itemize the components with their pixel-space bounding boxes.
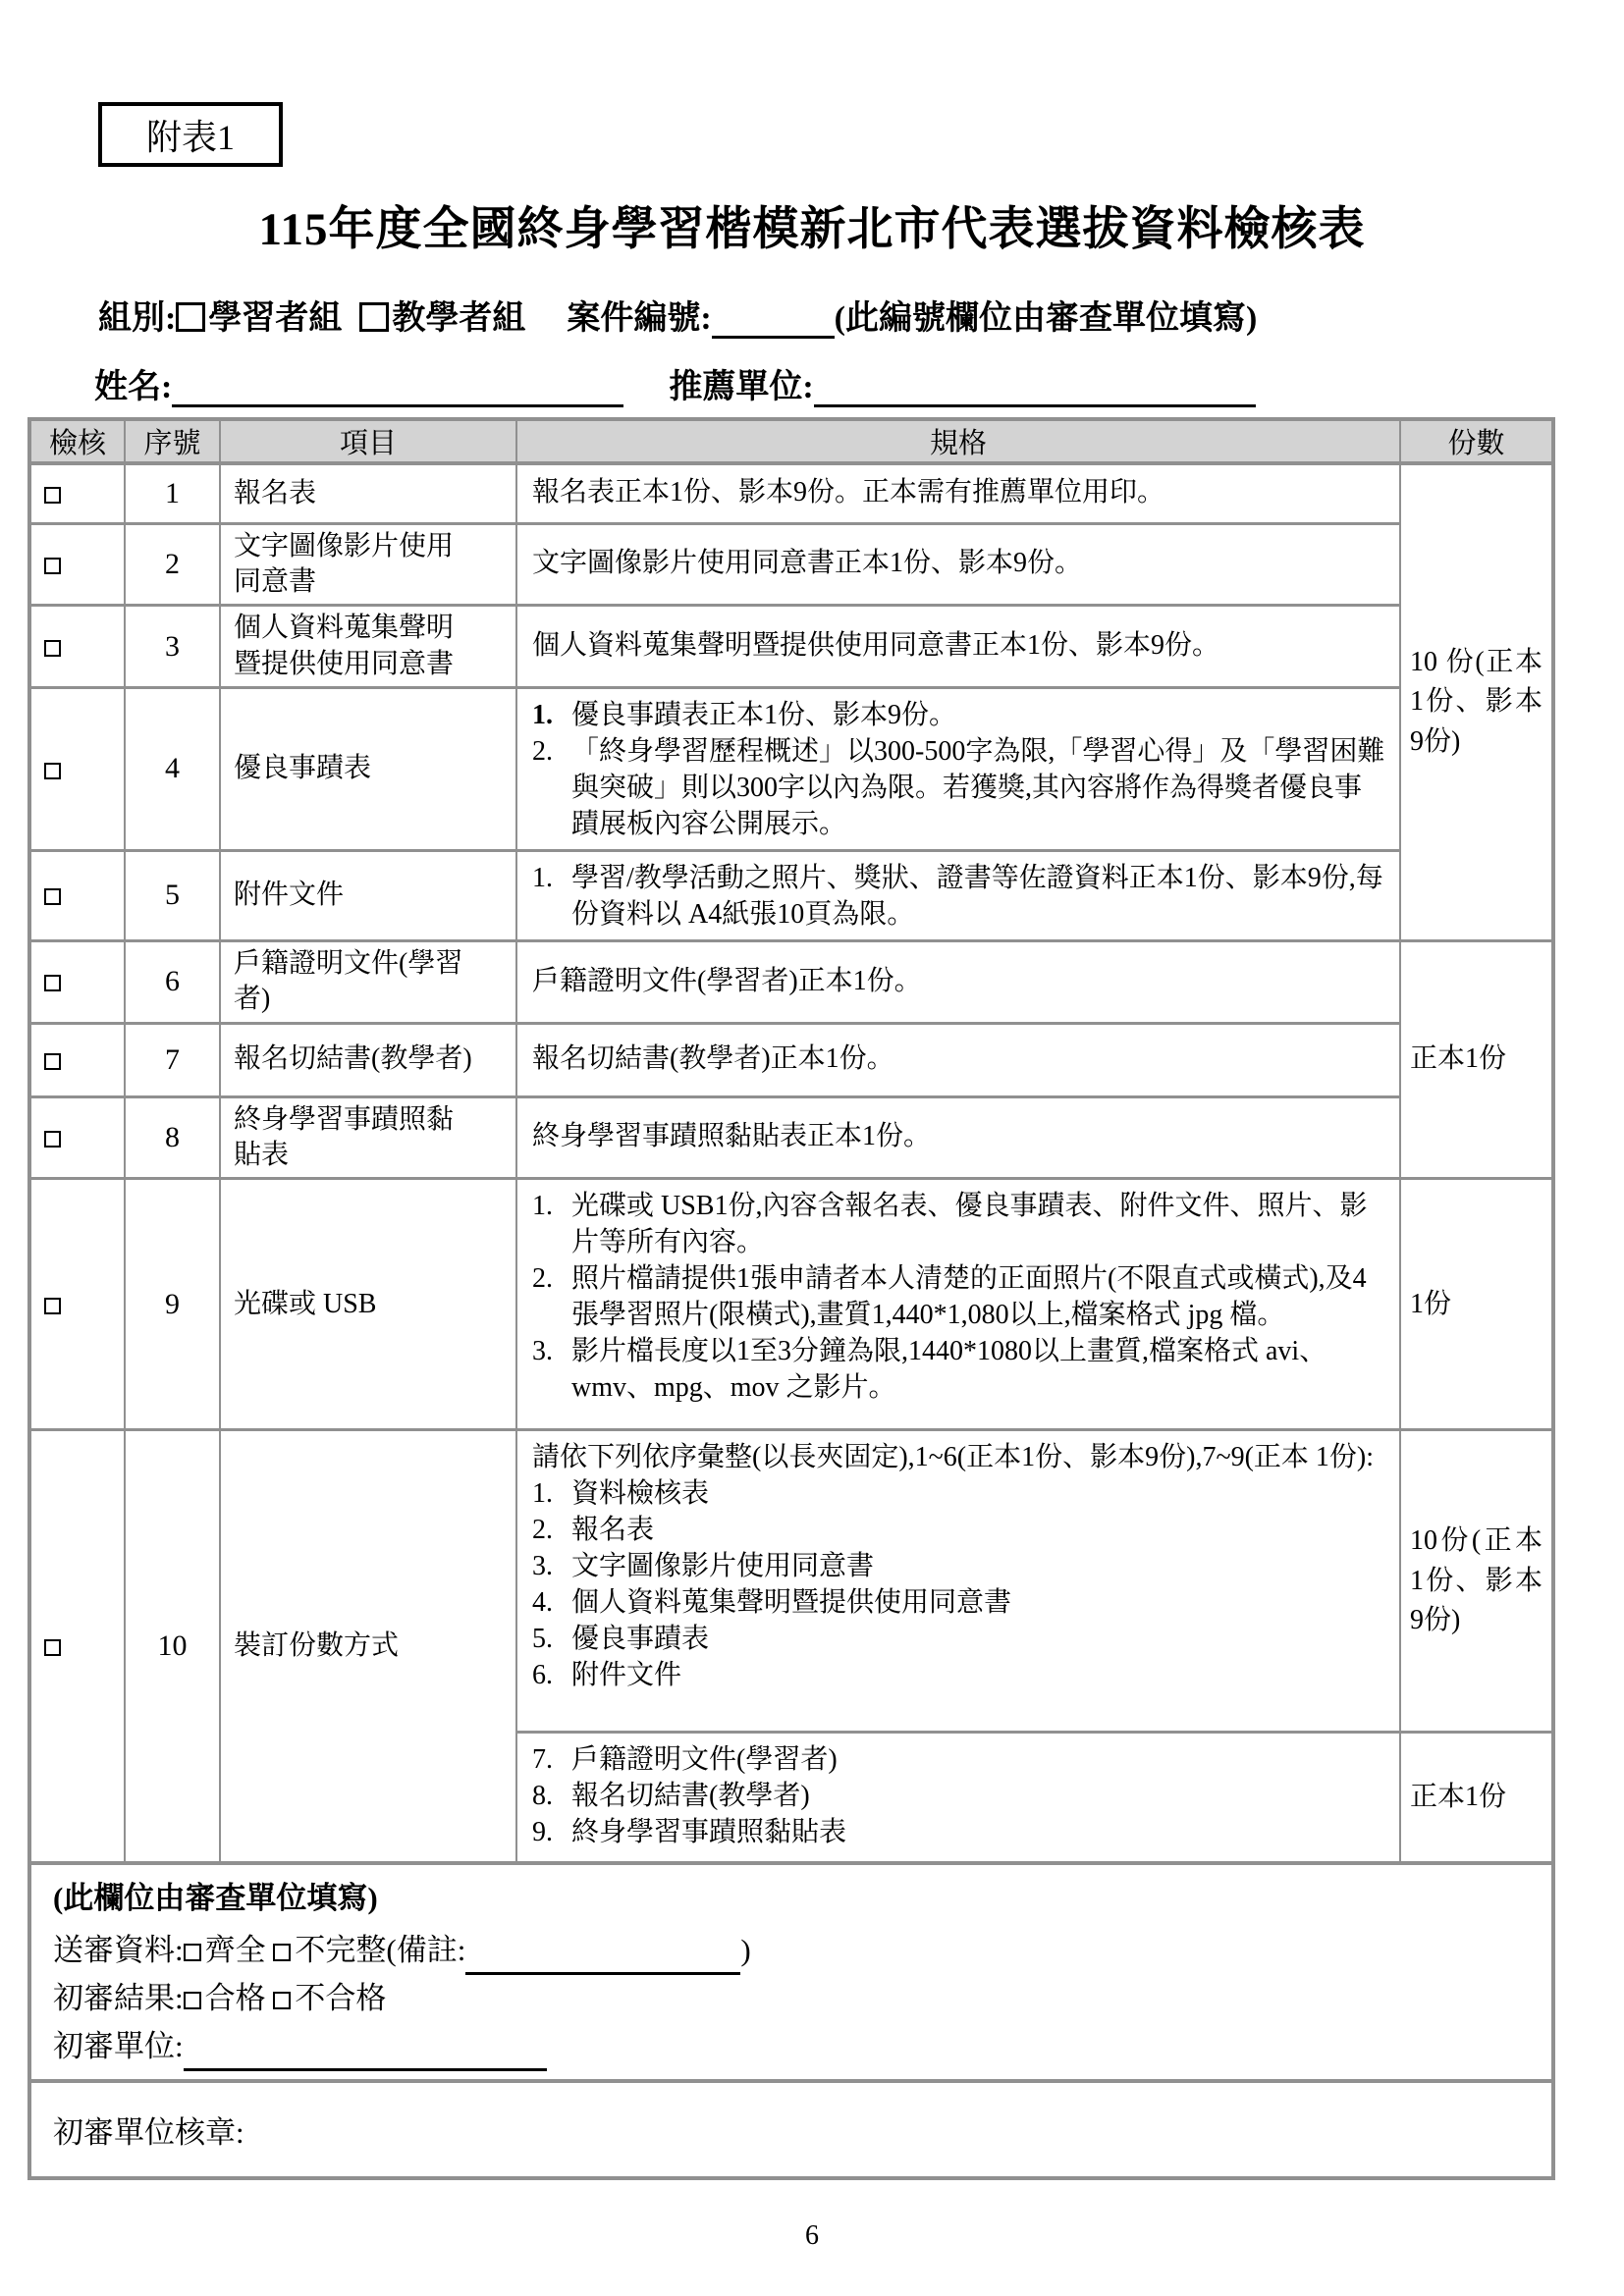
col-header-check: 檢核 — [29, 419, 125, 463]
spec-list-item: 6. 附件文件 — [532, 1658, 1387, 1694]
spec-list-item: 9. 終身學習事蹟照黏貼表 — [532, 1815, 1387, 1851]
list-text: 資料檢核表 — [571, 1476, 1387, 1513]
list-marker: 2. — [532, 1513, 571, 1549]
group-learner-checkbox[interactable] — [176, 302, 205, 332]
materials-incomplete-checkbox[interactable] — [273, 1944, 291, 1961]
name-label: 姓名: — [94, 369, 172, 405]
col-header-copies: 份數 — [1400, 419, 1553, 463]
row-9-seq: 9 — [125, 1179, 220, 1430]
review-section-title: (此欄位由審查單位填寫) — [53, 1875, 1532, 1923]
row-10-spec-top: 請依下列依序彙整(以長夾固定),1~6(正本1份、影本9份),7~9(正本 1份… — [516, 1430, 1400, 1733]
spec-list-item: 2. 報名表 — [532, 1513, 1387, 1549]
row-10-spec-bottom: 7. 戶籍證明文件(學習者) 8. 報名切結書(教學者) 9. 終身學習事蹟照黏… — [516, 1733, 1400, 1863]
table-row: 9 光碟或 USB 1. 光碟或 USB1份,內容含報名表、優良事蹟表、附件文件… — [29, 1179, 1553, 1430]
group-option-teacher-label: 教學者組 — [392, 300, 525, 337]
row-8-item: 終身學習事蹟照黏貼表 — [220, 1096, 516, 1179]
spec-list-item: 2. 「終身學習歷程概述」以300-500字為限,「學習心得」及「學習困難與突破… — [532, 734, 1387, 843]
group-option-learner-label: 學習者組 — [208, 300, 342, 337]
review-section: (此欄位由審查單位填寫) 送審資料:齊全 不完整(備註:) 初審結果:合格 不合… — [29, 1863, 1553, 2081]
recommender-field[interactable] — [814, 370, 1256, 407]
note-field[interactable] — [465, 1942, 740, 1975]
spec-list-item: 1. 資料檢核表 — [532, 1476, 1387, 1513]
appendix-label-box: 附表1 — [98, 102, 283, 167]
table-row: 7 報名切結書(教學者) 報名切結書(教學者)正本1份。 — [29, 1023, 1553, 1096]
name-field[interactable] — [172, 370, 623, 407]
spec-list-item: 2. 照片檔請提供1張申請者本人清楚的正面照片(不限直式或橫式),及4張學習照片… — [532, 1261, 1387, 1334]
document-page: 附表1 115年度全國終身學習楷模新北市代表選拔資料檢核表 組別:學習者組教學者… — [0, 0, 1624, 2296]
row-3-checkbox[interactable] — [44, 640, 61, 657]
case-number-note: (此編號欄位由審查單位填寫) — [835, 300, 1258, 337]
review-unit-line: 初審單位: — [53, 2023, 1532, 2071]
table-row: 4 優良事蹟表 1. 優良事蹟表正本1份、影本9份。 2. 「終身學習歷程概述」… — [29, 688, 1553, 851]
list-text: 戶籍證明文件(學習者) — [571, 1742, 1387, 1779]
materials-complete-checkbox[interactable] — [184, 1944, 201, 1961]
row-6-checkbox[interactable] — [44, 975, 61, 991]
list-text: 優良事蹟表 — [571, 1622, 1387, 1658]
note-suffix: ) — [740, 1933, 750, 1967]
row-5-item: 附件文件 — [220, 850, 516, 940]
table-row: 10 裝訂份數方式 請依下列依序彙整(以長夾固定),1~6(正本1份、影本9份)… — [29, 1430, 1553, 1733]
list-marker: 9. — [532, 1815, 571, 1851]
review-section-row: (此欄位由審查單位填寫) 送審資料:齊全 不完整(備註:) 初審結果:合格 不合… — [29, 1863, 1553, 2081]
row-2-item: 文字圖像影片使用同意書 — [220, 523, 516, 606]
recommender-label: 推薦單位: — [669, 369, 813, 405]
row-9-item: 光碟或 USB — [220, 1179, 516, 1430]
name-line: 姓名:推薦單位: — [94, 359, 1547, 407]
row-1-checkbox[interactable] — [44, 487, 61, 504]
result-fail-checkbox[interactable] — [273, 1992, 291, 2009]
spec-list-item: 3. 影片檔長度以1至3分鐘為限,1440*1080以上畫質,檔案格式 avi、… — [532, 1334, 1387, 1407]
col-header-seq: 序號 — [125, 419, 220, 463]
table-row: 8 終身學習事蹟照黏貼表 終身學習事蹟照黏貼表正本1份。 — [29, 1096, 1553, 1179]
list-text: 光碟或 USB1份,內容含報名表、優良事蹟表、附件文件、照片、影片等所有內容。 — [571, 1189, 1387, 1261]
case-number-label: 案件編號: — [567, 300, 711, 337]
row-5-seq: 5 — [125, 850, 220, 940]
list-marker: 2. — [532, 734, 571, 843]
result-pass-checkbox[interactable] — [184, 1992, 201, 2009]
page-title: 115年度全國終身學習楷模新北市代表選拔資料檢核表 — [0, 192, 1624, 258]
case-number-field[interactable] — [712, 301, 835, 339]
result-pass-label: 合格 — [205, 1981, 266, 2015]
row-1-item: 報名表 — [220, 463, 516, 523]
header-row: 檢核 序號 項目 規格 份數 — [29, 419, 1553, 463]
list-marker: 1. — [532, 1476, 571, 1513]
row-4-item: 優良事蹟表 — [220, 688, 516, 851]
seal-row: 初審單位核章: — [29, 2081, 1553, 2178]
row-8-seq: 8 — [125, 1096, 220, 1179]
row-2-seq: 2 — [125, 523, 220, 606]
row-8-spec: 終身學習事蹟照黏貼表正本1份。 — [516, 1096, 1400, 1179]
spec-list-item: 3. 文字圖像影片使用同意書 — [532, 1549, 1387, 1585]
group-teacher-checkbox[interactable] — [359, 302, 389, 332]
col-header-item: 項目 — [220, 419, 516, 463]
col-header-spec: 規格 — [516, 419, 1400, 463]
list-marker: 3. — [532, 1549, 571, 1585]
result-fail-label: 不合格 — [295, 1981, 386, 2015]
spec-list-item: 1. 學習/教學活動之照片、獎狀、證書等佐證資料正本1份、影本9份,每份資料以 … — [532, 861, 1387, 934]
row-4-spec: 1. 優良事蹟表正本1份、影本9份。 2. 「終身學習歷程概述」以300-500… — [516, 688, 1400, 851]
list-marker: 1. — [532, 1189, 571, 1261]
appendix-label: 附表1 — [146, 110, 235, 160]
row-4-checkbox[interactable] — [44, 763, 61, 779]
list-marker: 5. — [532, 1622, 571, 1658]
row-5-checkbox[interactable] — [44, 888, 61, 905]
list-text: 優良事蹟表正本1份、影本9份。 — [571, 698, 1387, 734]
list-text: 影片檔長度以1至3分鐘為限,1440*1080以上畫質,檔案格式 avi、wmv… — [571, 1334, 1387, 1407]
list-text: 「終身學習歷程概述」以300-500字為限,「學習心得」及「學習困難與突破」則以… — [571, 734, 1387, 843]
row-9-checkbox[interactable] — [44, 1298, 61, 1314]
list-text: 終身學習事蹟照黏貼表 — [571, 1815, 1387, 1851]
row-3-spec: 個人資料蒐集聲明暨提供使用同意書正本1份、影本9份。 — [516, 606, 1400, 688]
list-text: 文字圖像影片使用同意書 — [571, 1549, 1387, 1585]
table-row: 3 個人資料蒐集聲明暨提供使用同意書 個人資料蒐集聲明暨提供使用同意書正本1份、… — [29, 606, 1553, 688]
list-text: 報名切結書(教學者) — [571, 1779, 1387, 1815]
spec-list-item: 1. 光碟或 USB1份,內容含報名表、優良事蹟表、附件文件、照片、影片等所有內… — [532, 1189, 1387, 1261]
copies-group-rows-1-5: 10 份(正本1份、影本9份) — [1400, 463, 1553, 940]
row-7-spec: 報名切結書(教學者)正本1份。 — [516, 1023, 1400, 1096]
group-selection-line: 組別:學習者組教學者組案件編號:(此編號欄位由審查單位填寫) — [98, 291, 1551, 339]
row-10-copies-top: 10份(正本1份、影本9份) — [1400, 1430, 1553, 1733]
group-label: 組別: — [98, 300, 176, 337]
table-row: 5 附件文件 1. 學習/教學活動之照片、獎狀、證書等佐證資料正本1份、影本9份… — [29, 850, 1553, 940]
row-7-seq: 7 — [125, 1023, 220, 1096]
review-result-line: 初審結果:合格 不合格 — [53, 1975, 1532, 2023]
list-marker: 4. — [532, 1585, 571, 1622]
row-10-item: 裝訂份數方式 — [220, 1430, 516, 1863]
list-text: 附件文件 — [571, 1658, 1387, 1694]
row-5-spec: 1. 學習/教學活動之照片、獎狀、證書等佐證資料正本1份、影本9份,每份資料以 … — [516, 850, 1400, 940]
row-3-item: 個人資料蒐集聲明暨提供使用同意書 — [220, 606, 516, 688]
list-marker: 7. — [532, 1742, 571, 1779]
row-6-item: 戶籍證明文件(學習者) — [220, 940, 516, 1023]
row-6-seq: 6 — [125, 940, 220, 1023]
review-unit-label: 初審單位: — [53, 2029, 184, 2063]
row-10-checkbox[interactable] — [44, 1639, 61, 1656]
spec-list-item: 1. 優良事蹟表正本1份、影本9份。 — [532, 698, 1387, 734]
list-marker: 1. — [532, 861, 571, 934]
result-label: 初審結果: — [53, 1981, 184, 2015]
row-2-checkbox[interactable] — [44, 558, 61, 574]
seal-cell: 初審單位核章: — [29, 2081, 1553, 2178]
copies-group-rows-6-8: 正本1份 — [1400, 940, 1553, 1179]
list-text: 報名表 — [571, 1513, 1387, 1549]
row-4-seq: 4 — [125, 688, 220, 851]
materials-complete-label: 齊全 — [205, 1933, 266, 1967]
row-10-copies-bottom: 正本1份 — [1400, 1733, 1553, 1863]
list-marker: 2. — [532, 1261, 571, 1334]
review-unit-field[interactable] — [184, 2038, 547, 2071]
seal-label: 初審單位核章: — [53, 2115, 244, 2150]
row-7-checkbox[interactable] — [44, 1053, 61, 1070]
row-8-checkbox[interactable] — [44, 1131, 61, 1148]
row-1-spec: 報名表正本1份、影本9份。正本需有推薦單位用印。 — [516, 463, 1400, 523]
checklist-table: 檢核 序號 項目 規格 份數 1 報名表 報名表正本1份、影本9份。正本需有推薦… — [27, 417, 1555, 2180]
list-marker: 3. — [532, 1334, 571, 1407]
row-9-copies: 1份 — [1400, 1179, 1553, 1430]
list-marker: 6. — [532, 1658, 571, 1694]
table-row: 1 報名表 報名表正本1份、影本9份。正本需有推薦單位用印。 10 份(正本1份… — [29, 463, 1553, 523]
spec-list-item: 7. 戶籍證明文件(學習者) — [532, 1742, 1387, 1779]
list-text: 個人資料蒐集聲明暨提供使用同意書 — [571, 1585, 1387, 1622]
spec-list-item: 4. 個人資料蒐集聲明暨提供使用同意書 — [532, 1585, 1387, 1622]
row-1-seq: 1 — [125, 463, 220, 523]
materials-incomplete-label: 不完整 — [295, 1933, 386, 1967]
page-number: 6 — [0, 2220, 1624, 2252]
row-9-spec: 1. 光碟或 USB1份,內容含報名表、優良事蹟表、附件文件、照片、影片等所有內… — [516, 1179, 1400, 1430]
list-text: 照片檔請提供1張申請者本人清楚的正面照片(不限直式或橫式),及4張學習照片(限橫… — [571, 1261, 1387, 1334]
spec-intro: 請依下列依序彙整(以長夾固定),1~6(正本1份、影本9份),7~9(正本 1份… — [532, 1440, 1387, 1476]
table-row: 2 文字圖像影片使用同意書 文字圖像影片使用同意書正本1份、影本9份。 — [29, 523, 1553, 606]
row-6-spec: 戶籍證明文件(學習者)正本1份。 — [516, 940, 1400, 1023]
list-text: 學習/教學活動之照片、獎狀、證書等佐證資料正本1份、影本9份,每份資料以 A4紙… — [571, 861, 1387, 934]
list-marker: 8. — [532, 1779, 571, 1815]
spec-list-item: 8. 報名切結書(教學者) — [532, 1779, 1387, 1815]
row-2-spec: 文字圖像影片使用同意書正本1份、影本9份。 — [516, 523, 1400, 606]
row-10-seq: 10 — [125, 1430, 220, 1863]
list-marker: 1. — [532, 698, 571, 734]
note-prefix: (備註: — [386, 1933, 465, 1967]
materials-label: 送審資料: — [53, 1933, 184, 1967]
row-3-seq: 3 — [125, 606, 220, 688]
review-materials-line: 送審資料:齊全 不完整(備註:) — [53, 1927, 1532, 1975]
table-row: 6 戶籍證明文件(學習者) 戶籍證明文件(學習者)正本1份。 正本1份 — [29, 940, 1553, 1023]
spec-list-item: 5. 優良事蹟表 — [532, 1622, 1387, 1658]
row-7-item: 報名切結書(教學者) — [220, 1023, 516, 1096]
